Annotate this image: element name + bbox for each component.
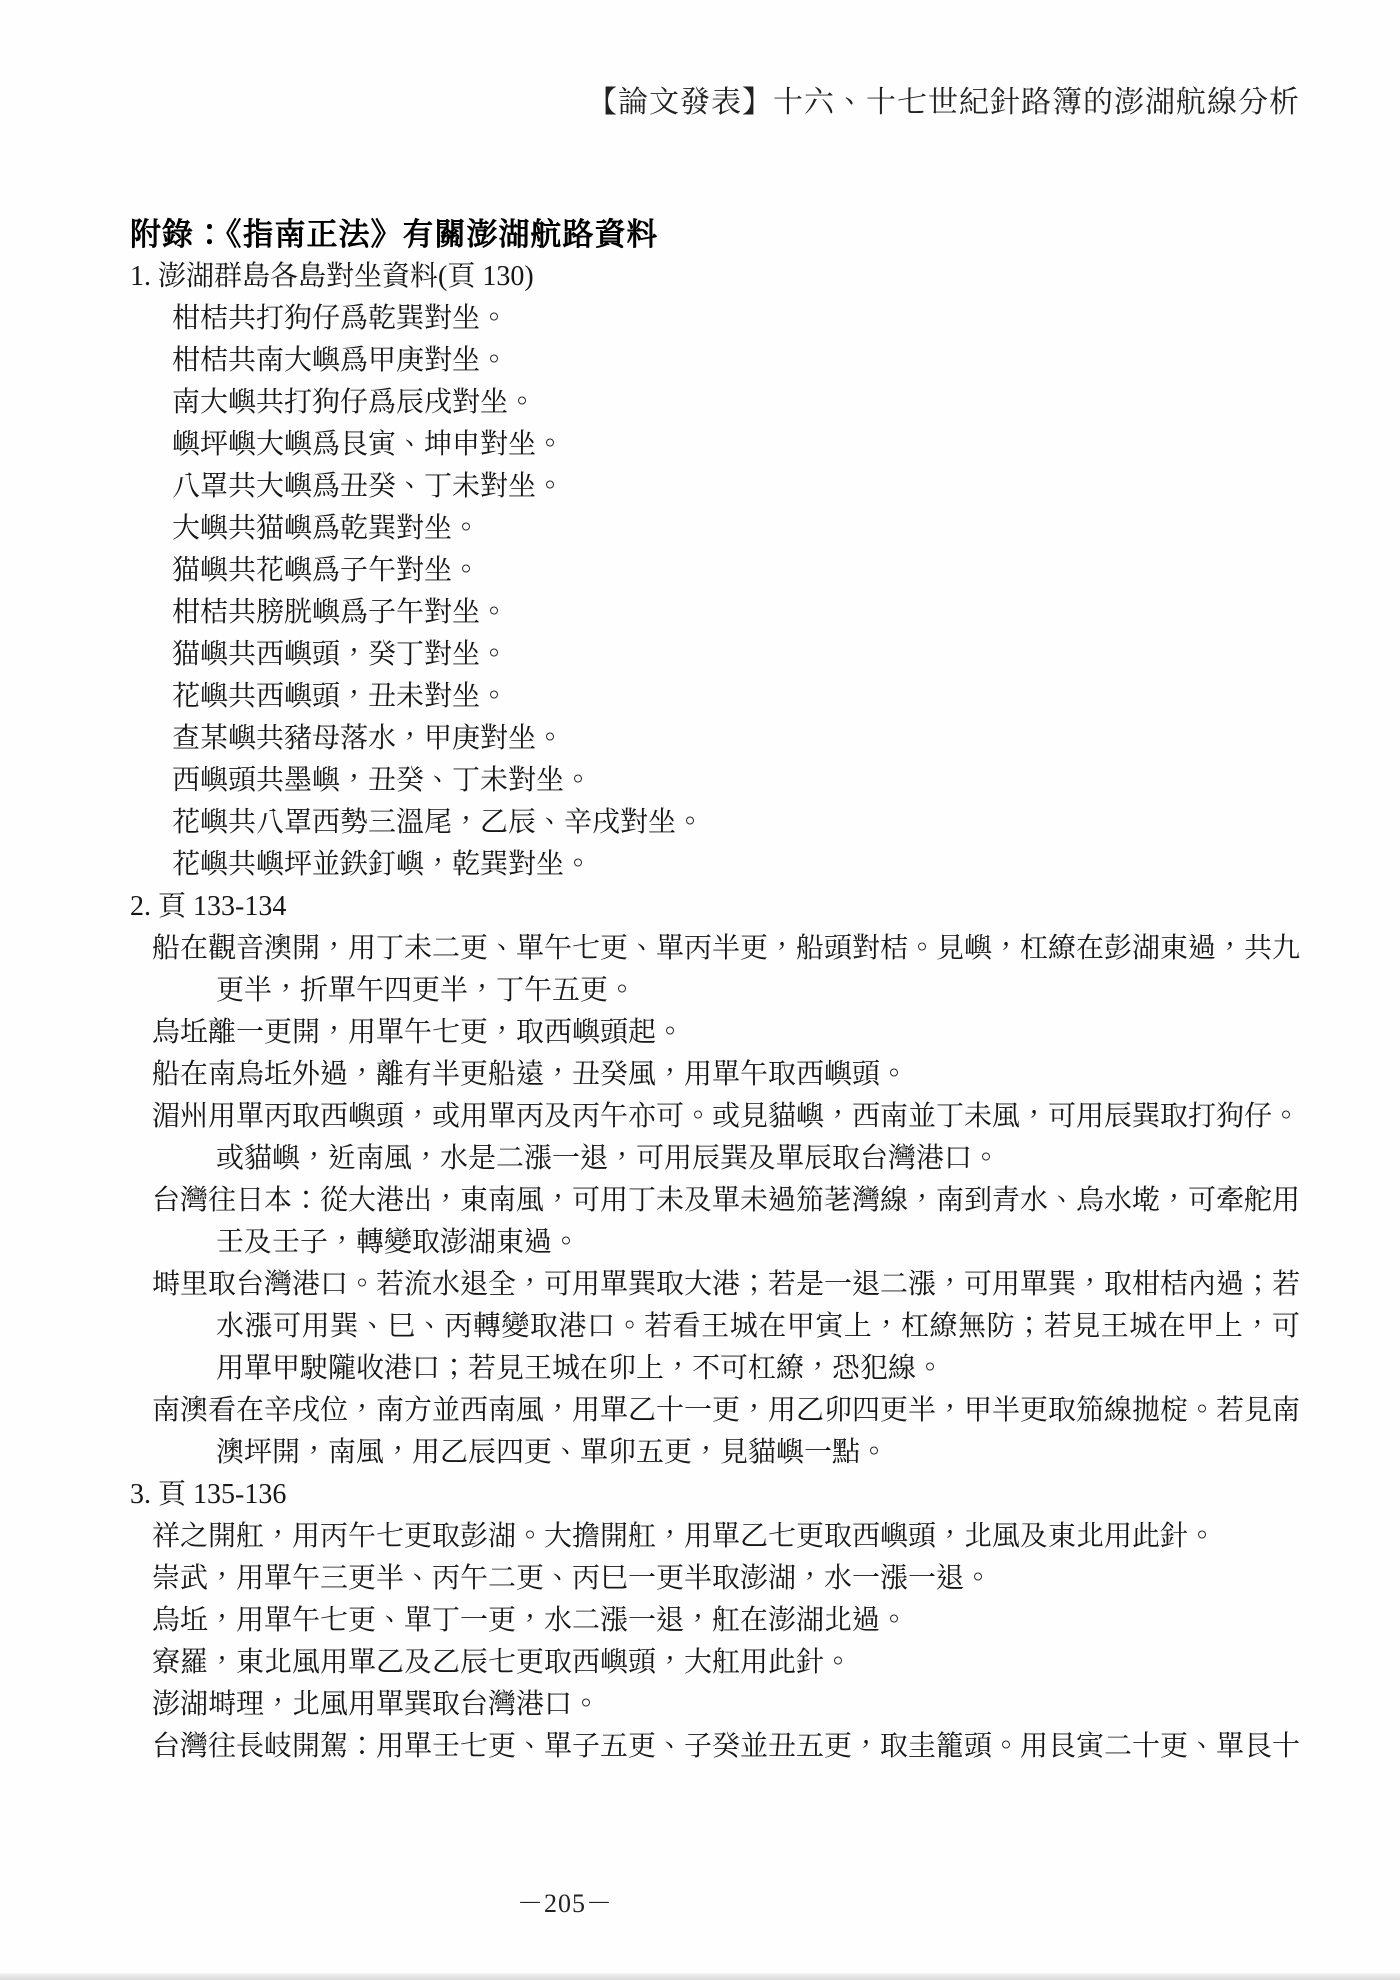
paragraph: 南澳看在辛戌位，南方並西南風，用單乙十一更，用乙卯四更半，甲半更取笳線拋椗。若見… bbox=[152, 1390, 1300, 1474]
section: 1. 澎湖群島各島對坐資料(頁 130)柑桔共打狗仔爲乾巽對坐。柑桔共南大嶼爲甲… bbox=[130, 256, 1300, 886]
list-entry: 西嶼頭共墨嶼，丑癸、丁未對坐。 bbox=[172, 760, 1300, 802]
document-body: 附錄：《指南正法》有關澎湖航路資料 1. 澎湖群島各島對坐資料(頁 130)柑桔… bbox=[130, 214, 1300, 1768]
section: 2. 頁 133-134船在觀音澳開，用丁未二更、單午七更、單丙半更，船頭對桔。… bbox=[130, 886, 1300, 1474]
paragraph: 台灣往日本：從大港出，東南風，可用丁未及單未過笳荖灣線，南到青水、烏水墘，可牽舵… bbox=[152, 1180, 1300, 1264]
list-entry: 柑桔共打狗仔爲乾巽對坐。 bbox=[172, 298, 1300, 340]
scan-edge-artifact bbox=[0, 1973, 1400, 1980]
running-header: 【論文發表】十六、十七世紀針路簿的澎湖航線分析 bbox=[130, 82, 1300, 124]
page-number: －205－ bbox=[465, 1883, 665, 1920]
paragraph: 船在觀音澳開，用丁未二更、單午七更、單丙半更，船頭對桔。見嶼，杠繚在彭湖東過，共… bbox=[152, 928, 1300, 1012]
section-heading: 1. 澎湖群島各島對坐資料(頁 130) bbox=[130, 256, 1300, 298]
paragraph: 寮羅，東北風用單乙及乙辰七更取西嶼頭，大舡用此針。 bbox=[152, 1642, 1300, 1684]
list-entry: 花嶼共八罩西勢三溫尾，乙辰、辛戌對坐。 bbox=[172, 802, 1300, 844]
paragraph: 烏坵離一更開，用單午七更，取西嶼頭起。 bbox=[152, 1012, 1300, 1054]
list-entry: 南大嶼共打狗仔爲辰戌對坐。 bbox=[172, 382, 1300, 424]
appendix-title: 附錄：《指南正法》有關澎湖航路資料 bbox=[130, 214, 1300, 256]
list-entry: 大嶼共猫嶼爲乾巽對坐。 bbox=[172, 508, 1300, 550]
document-page: 【論文發表】十六、十七世紀針路簿的澎湖航線分析 附錄：《指南正法》有關澎湖航路資… bbox=[0, 0, 1400, 1980]
list-entry: 猫嶼共西嶼頭，癸丁對坐。 bbox=[172, 634, 1300, 676]
list-entry: 柑桔共南大嶼爲甲庚對坐。 bbox=[172, 340, 1300, 382]
list-entry: 查某嶼共豬母落水，甲庚對坐。 bbox=[172, 718, 1300, 760]
paragraph: 台灣往長岐開駕：用單壬七更、單子五更、子癸並丑五更，取圭籠頭。用艮寅二十更、單艮… bbox=[152, 1726, 1300, 1768]
paragraph: 塒里取台灣港口。若流水退全，可用單巽取大港；若是一退二漲，可用單巽，取柑桔內過；… bbox=[152, 1264, 1300, 1390]
section: 3. 頁 135-136祥之開舡，用丙午七更取彭湖。大擔開舡，用單乙七更取西嶼頭… bbox=[130, 1474, 1300, 1768]
paragraph: 祥之開舡，用丙午七更取彭湖。大擔開舡，用單乙七更取西嶼頭，北風及東北用此針。 bbox=[152, 1516, 1300, 1558]
paragraph: 湄州用單丙取西嶼頭，或用單丙及丙午亦可。或見貓嶼，西南並丁未風，可用辰巽取打狗仔… bbox=[152, 1096, 1300, 1180]
section-heading: 2. 頁 133-134 bbox=[130, 886, 1300, 928]
list-entry: 八罩共大嶼爲丑癸、丁未對坐。 bbox=[172, 466, 1300, 508]
paragraph: 烏坵，用單午七更、單丁一更，水二漲一退，舡在澎湖北過。 bbox=[152, 1600, 1300, 1642]
paragraph: 船在南烏坵外過，離有半更船遠，丑癸風，用單午取西嶼頭。 bbox=[152, 1054, 1300, 1096]
list-entry: 猫嶼共花嶼爲子午對坐。 bbox=[172, 550, 1300, 592]
list-entry: 柑桔共膀胱嶼爲子午對坐。 bbox=[172, 592, 1300, 634]
paragraph: 崇武，用單午三更半、丙午二更、丙巳一更半取澎湖，水一漲一退。 bbox=[152, 1558, 1300, 1600]
paragraph: 澎湖塒理，北風用單巽取台灣港口。 bbox=[152, 1684, 1300, 1726]
sections-container: 1. 澎湖群島各島對坐資料(頁 130)柑桔共打狗仔爲乾巽對坐。柑桔共南大嶼爲甲… bbox=[130, 256, 1300, 1768]
list-entry: 花嶼共嶼坪並鉄釘嶼，乾巽對坐。 bbox=[172, 844, 1300, 886]
section-heading: 3. 頁 135-136 bbox=[130, 1474, 1300, 1516]
list-entry: 嶼坪嶼大嶼爲艮寅、坤申對坐。 bbox=[172, 424, 1300, 466]
list-entry: 花嶼共西嶼頭，丑未對坐。 bbox=[172, 676, 1300, 718]
